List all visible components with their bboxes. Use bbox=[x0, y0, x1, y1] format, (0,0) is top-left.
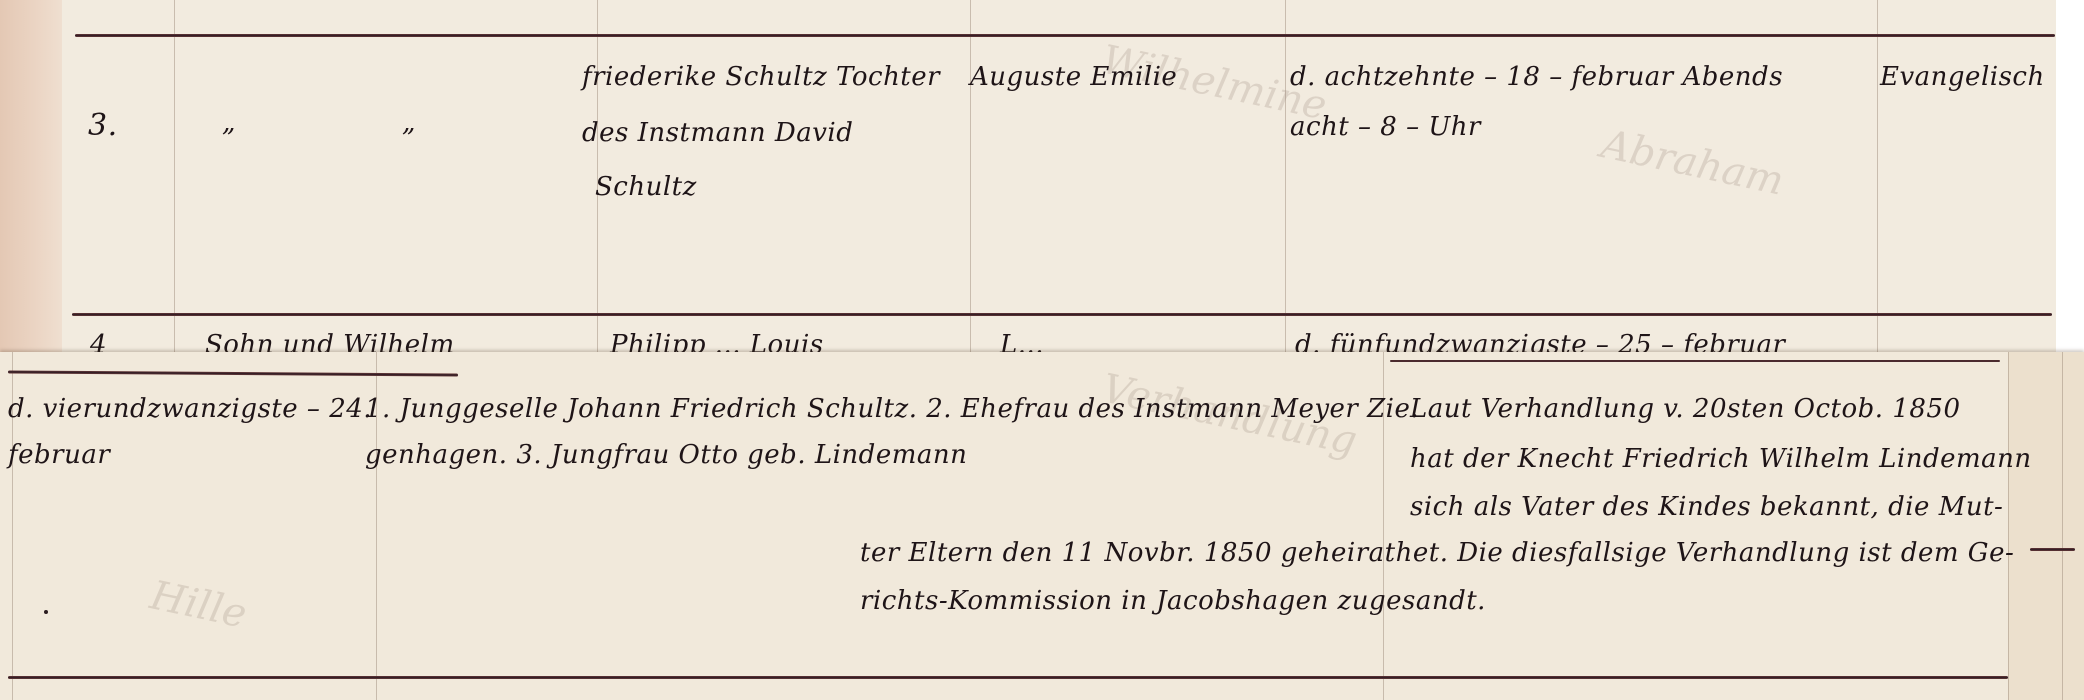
entry-number: 4 bbox=[90, 330, 107, 352]
partial-text: Philipp ... Louis bbox=[610, 330, 824, 352]
parents-text: Schultz bbox=[595, 172, 697, 202]
column-rule bbox=[970, 0, 971, 352]
godparents-text: genhagen. 3. Jungfrau Otto geb. Lindeman… bbox=[365, 440, 967, 470]
ditto-mark: „ bbox=[402, 108, 416, 138]
page-margin bbox=[2008, 352, 2084, 700]
godparents-text: 1. Junggeselle Johann Friedrich Schultz.… bbox=[365, 394, 1419, 424]
column-rule bbox=[2062, 352, 2063, 700]
religion: Evangelisch bbox=[1880, 62, 2045, 92]
baptism-date: februar bbox=[8, 440, 110, 470]
child-name: Auguste Emilie bbox=[970, 62, 1177, 92]
bleed-through-text: Hille bbox=[146, 572, 250, 637]
column-rule bbox=[1877, 0, 1878, 352]
column-rule bbox=[2008, 352, 2009, 700]
ditto-mark: „ bbox=[222, 108, 236, 138]
register-page-bottom: Hille Verhandlung d. vierundzwanzigste –… bbox=[0, 352, 2084, 700]
birth-time: acht – 8 – Uhr bbox=[1290, 112, 1481, 142]
partial-text: L... bbox=[1000, 330, 1044, 352]
baptism-date: d. vierundzwanzigste – 24. bbox=[8, 394, 372, 424]
remarks-text: hat der Knecht Friedrich Wilhelm Lindema… bbox=[1410, 444, 2032, 474]
row-separator bbox=[8, 676, 2008, 679]
remarks-text: Laut Verhandlung v. 20sten Octob. 1850 bbox=[1410, 394, 1961, 424]
row-separator bbox=[8, 370, 458, 376]
row-separator bbox=[72, 313, 2052, 316]
bleed-through-text: Abraham bbox=[1597, 121, 1788, 204]
column-rule bbox=[1285, 0, 1286, 352]
partial-text: d. fünfundzwanzigste – 25 – februar bbox=[1295, 330, 1785, 352]
column-rule bbox=[174, 0, 175, 352]
parents-text: des Instmann David bbox=[582, 118, 853, 148]
birth-date: d. achtzehnte – 18 – februar Abends bbox=[1290, 62, 1783, 92]
remarks-text: sich als Vater des Kindes bekannt, die M… bbox=[1410, 492, 2003, 522]
row-separator bbox=[75, 34, 2055, 37]
entry-number: 3. bbox=[88, 108, 118, 143]
partial-text: Sohn und Wilhelm bbox=[205, 330, 455, 352]
register-page-top: Abraham Wilhelmine 3. „ „ friederike Sch… bbox=[0, 0, 2056, 352]
row-separator bbox=[1390, 360, 2000, 362]
remarks-text: ter Eltern den 11 Novbr. 1850 geheirathe… bbox=[860, 538, 2014, 568]
ink-dot bbox=[44, 610, 48, 614]
remarks-text: richts-Kommission in Jacobshagen zugesan… bbox=[860, 586, 1486, 616]
parents-text: friederike Schultz Tochter bbox=[582, 62, 940, 92]
binding-edge bbox=[0, 0, 62, 352]
row-separator bbox=[2030, 548, 2075, 551]
